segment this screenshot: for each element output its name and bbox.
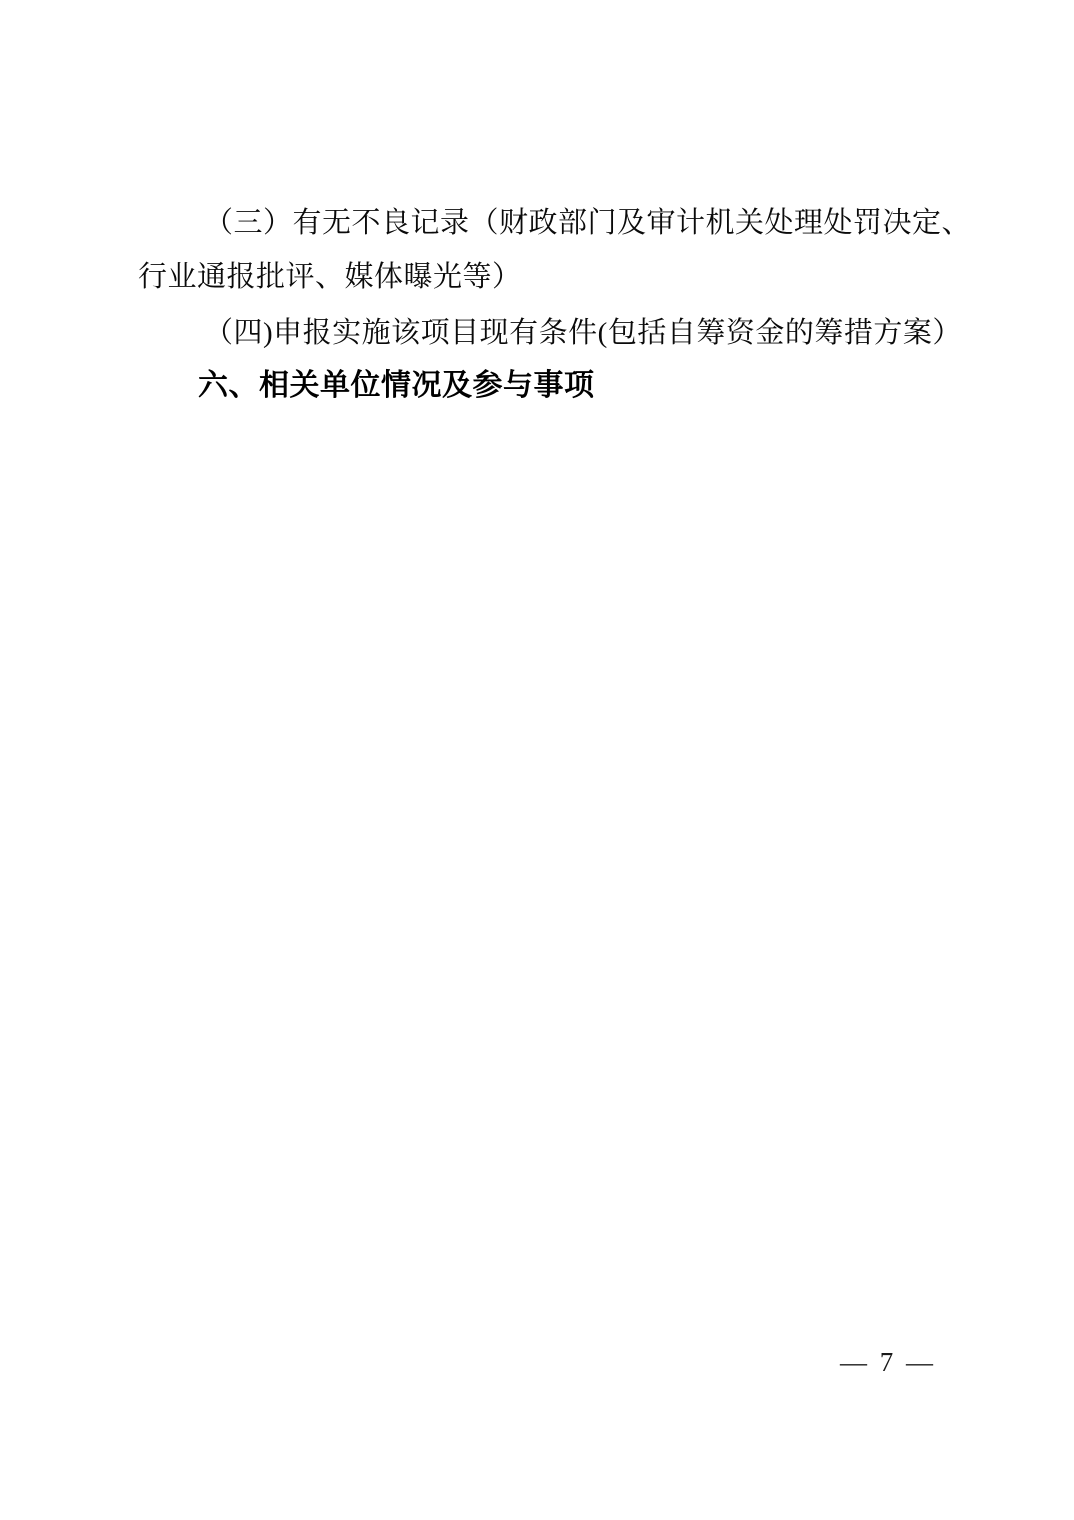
section-heading-six: 六、相关单位情况及参与事项 xyxy=(138,366,950,406)
paragraph-line-item3-part2: 行业通报批评、媒体曝光等） xyxy=(138,257,950,297)
document-page: （三）有无不良记录（财政部门及审计机关处理处罚决定、 行业通报批评、媒体曝光等）… xyxy=(0,0,1074,1520)
page-number: — 7 — xyxy=(840,1346,936,1378)
paragraph-line-item4: （四)申报实施该项目现有条件(包括自筹资金的筹措方案） xyxy=(138,313,950,353)
paragraph-line-item3-part1: （三）有无不良记录（财政部门及审计机关处理处罚决定、 xyxy=(138,203,950,243)
